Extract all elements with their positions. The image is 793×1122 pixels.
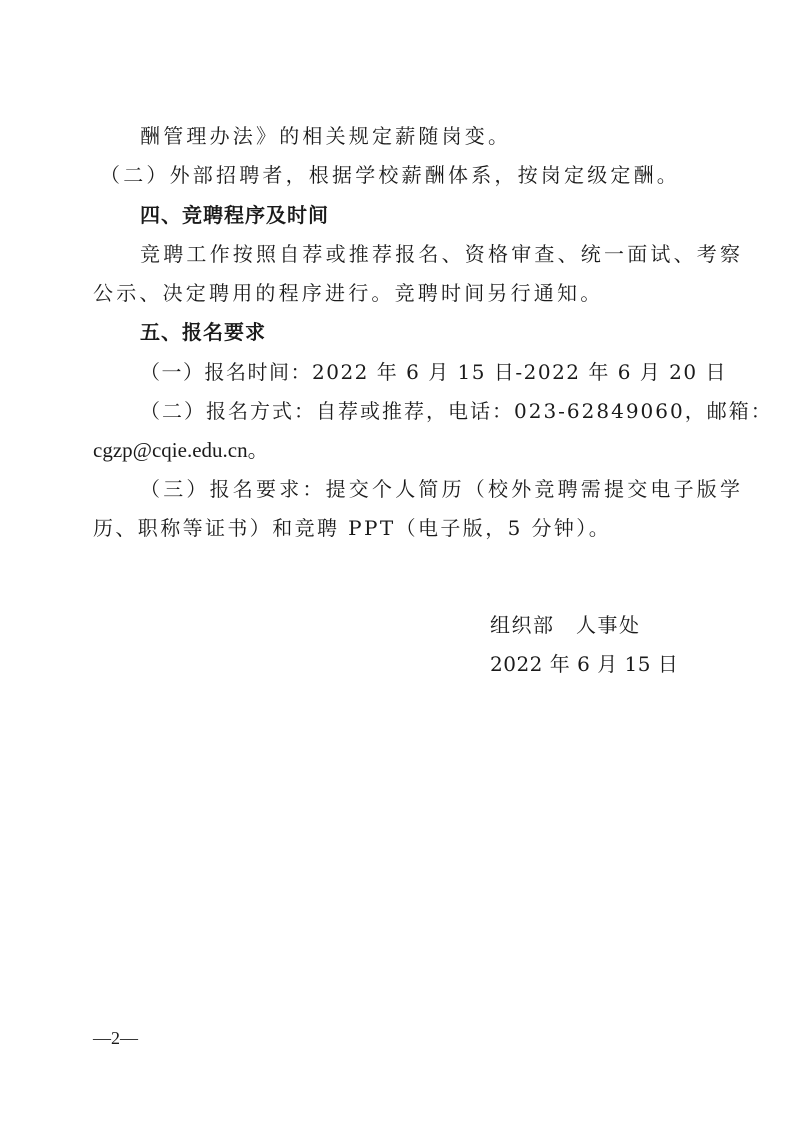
paragraph-registration-method: （二）报名方式：自荐或推荐，电话：023-62849060，邮箱：: [140, 399, 773, 423]
page-number: —2—: [93, 1028, 138, 1049]
paragraph-external-recruits: （二）外部招聘者，根据学校薪酬体系，按岗定级定酬。: [100, 163, 680, 187]
paragraph-registration-requirements-line2: 历、职称等证书）和竞聘 PPT（电子版，5 分钟）。: [93, 516, 611, 540]
email-text: cgzp@cqie.edu.cn。: [93, 438, 269, 462]
paragraph-procedure-line1: 竞聘工作按照自荐或推荐报名、资格审查、统一面试、考察: [140, 242, 743, 266]
section-heading-registration: 五、报名要求: [140, 320, 266, 344]
signature-organization: 组织部 人事处: [490, 613, 641, 637]
paragraph-registration-requirements-line1: （三）报名要求：提交个人简历（校外竞聘需提交电子版学: [140, 477, 743, 501]
paragraph-registration-time: （一）报名时间：2022 年 6 月 15 日-2022 年 6 月 20 日: [140, 360, 727, 384]
paragraph-salary-continued: 酬管理办法》的相关规定薪随岗变。: [140, 124, 511, 148]
signature-date: 2022 年 6 月 15 日: [490, 652, 678, 676]
paragraph-procedure-line2: 公示、决定聘用的程序进行。竞聘时间另行通知。: [93, 281, 603, 305]
section-heading-procedure: 四、竞聘程序及时间: [140, 203, 329, 227]
